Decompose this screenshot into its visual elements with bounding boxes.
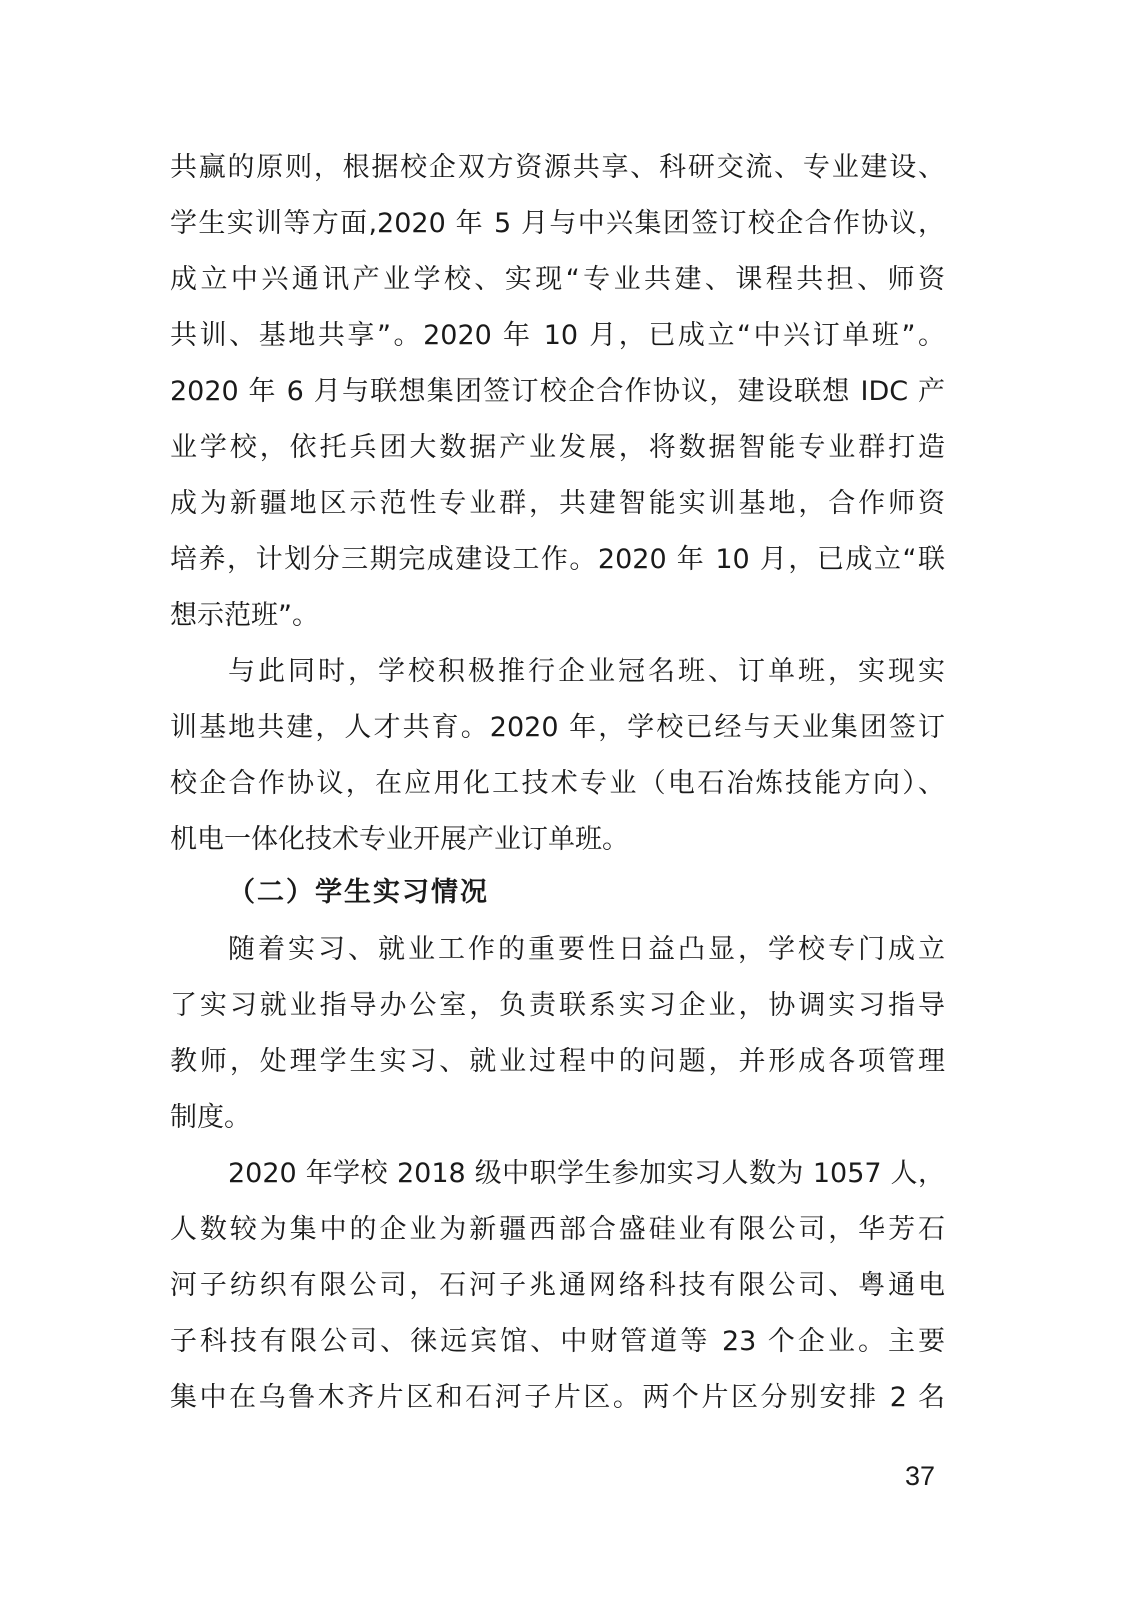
paragraph-line: 子科技有限公司、徕远宾馆、中财管道等 23 个企业。主要 [170, 1322, 945, 1362]
paragraph-line: 了实习就业指导办公室，负责联系实习企业，协调实习指导 [170, 986, 945, 1026]
paragraph-line: 成立中兴通讯产业学校、实现“专业共建、课程共担、师资 [170, 260, 945, 300]
paragraph-line: 想示范班”。 [170, 596, 945, 636]
paragraph-line: 随着实习、就业工作的重要性日益凸显，学校专门成立 [228, 930, 945, 970]
paragraph-line: 训基地共建，人才共育。2020 年，学校已经与天业集团签订 [170, 708, 945, 748]
paragraph-line: 河子纺织有限公司，石河子兆通网络科技有限公司、粤通电 [170, 1266, 945, 1306]
paragraph-line: 制度。 [170, 1098, 945, 1138]
paragraph-line: 业学校，依托兵团大数据产业发展，将数据智能专业群打造 [170, 428, 945, 468]
paragraph-line: 共训、基地共享”。2020 年 10 月，已成立“中兴订单班”。 [170, 316, 945, 356]
paragraph-line: 学生实训等方面,2020 年 5 月与中兴集团签订校企合作协议， [170, 204, 945, 244]
paragraph-line: 共赢的原则，根据校企双方资源共享、科研交流、专业建设、 [170, 148, 945, 188]
paragraph-line: 集中在乌鲁木齐片区和石河子片区。两个片区分别安排 2 名 [170, 1378, 945, 1418]
paragraph-line: 人数较为集中的企业为新疆西部合盛硅业有限公司，华芳石 [170, 1210, 945, 1250]
paragraph-line: 校企合作协议，在应用化工技术专业（电石冶炼技能方向）、 [170, 764, 945, 804]
paragraph-line: 与此同时，学校积极推行企业冠名班、订单班，实现实 [228, 652, 945, 692]
page-number: 37 [905, 1458, 935, 1494]
paragraph-line: 教师，处理学生实习、就业过程中的问题，并形成各项管理 [170, 1042, 945, 1082]
paragraph-line: 2020 年学校 2018 级中职学生参加实习人数为 1057 人， [228, 1154, 945, 1194]
paragraph-line: 机电一体化技术专业开展产业订单班。 [170, 820, 945, 860]
paragraph-line: 成为新疆地区示范性专业群，共建智能实训基地，合作师资 [170, 484, 945, 524]
paragraph-line: 培养，计划分三期完成建设工作。2020 年 10 月，已成立“联 [170, 540, 945, 580]
section-heading: （二）学生实习情况 [228, 873, 489, 913]
document-page: 共赢的原则，根据校企双方资源共享、科研交流、专业建设、 学生实训等方面,2020… [0, 0, 1131, 1600]
paragraph-line: 2020 年 6 月与联想集团签订校企合作协议，建设联想 IDC 产 [170, 372, 945, 412]
